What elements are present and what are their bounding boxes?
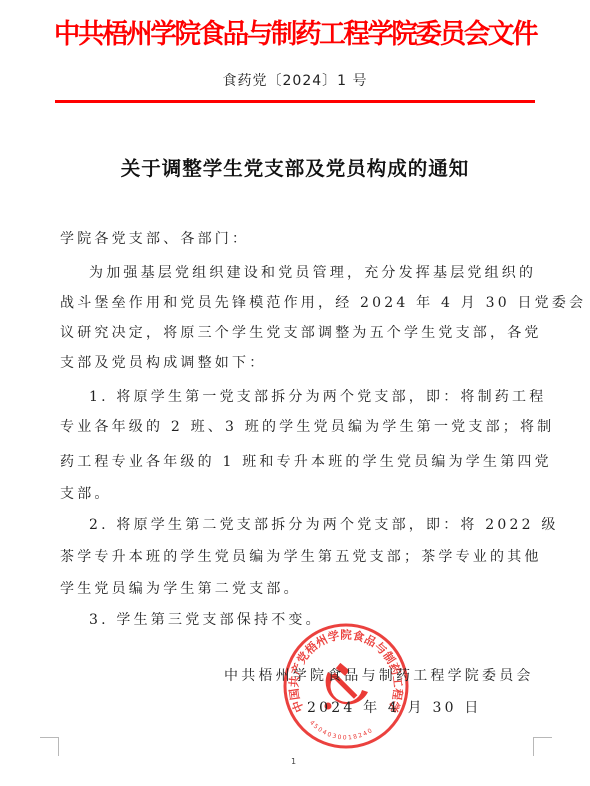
body-line: 为加强基层党组织建设和党员管理，充分发挥基层党组织的: [89, 262, 536, 282]
item-2-line: 学生党员编为学生第二党支部。: [60, 578, 301, 598]
salutation: 学院各党支部、各部门：: [60, 228, 249, 248]
item-1-line: 药工程专业各年级的 1 班和专升本班的学生党员编为学生第四党: [60, 451, 552, 471]
page-number: 1: [291, 757, 296, 766]
crop-mark-left-horizontal: [40, 737, 59, 738]
signature-organization: 中共梧州学院食品与制药工程学院委员会: [224, 665, 534, 685]
item-1-line: 1. 将原学生第一党支部拆分为两个党支部，即：将制药工程: [89, 386, 546, 406]
crop-mark-right-horizontal: [533, 737, 552, 738]
official-seal: 中国共产党梧州学院食品与制药工程学院委员会 4504030018240: [282, 622, 410, 750]
crop-mark-right-vertical: [533, 737, 534, 756]
item-1-line: 支部。: [60, 483, 112, 503]
red-header-rule: [55, 100, 535, 103]
body-line: 支部及党员构成调整如下：: [60, 352, 266, 372]
item-2-line: 茶学专升本班的学生党员编为学生第五党支部；茶学专业的其他: [60, 546, 542, 566]
svg-text:4504030018240: 4504030018240: [308, 719, 375, 741]
item-1-line: 专业各年级的 2 班、3 班的学生党员编为学生第一党支部；将制: [60, 416, 554, 436]
document-header-title: 中共梧州学院食品与制药工程学院委员会文件: [6, 12, 584, 51]
party-seal-icon: 中国共产党梧州学院食品与制药工程学院委员会 4504030018240: [282, 622, 410, 750]
document-number: 食药党〔2024〕1 号: [0, 70, 590, 90]
item-2-line: 2. 将原学生第二党支部拆分为两个党支部，即：将 2022 级: [89, 514, 559, 534]
body-line: 议研究决定，将原三个学生党支部调整为五个学生党支部，各党: [60, 322, 542, 342]
signature-date: 2024 年 4 月 30 日: [307, 697, 482, 717]
notice-title: 关于调整学生党支部及党员构成的通知: [0, 153, 590, 181]
body-line: 战斗堡垒作用和党员先锋模范作用，经 2024 年 4 月 30 日党委会: [60, 292, 586, 312]
crop-mark-left-vertical: [58, 737, 59, 756]
